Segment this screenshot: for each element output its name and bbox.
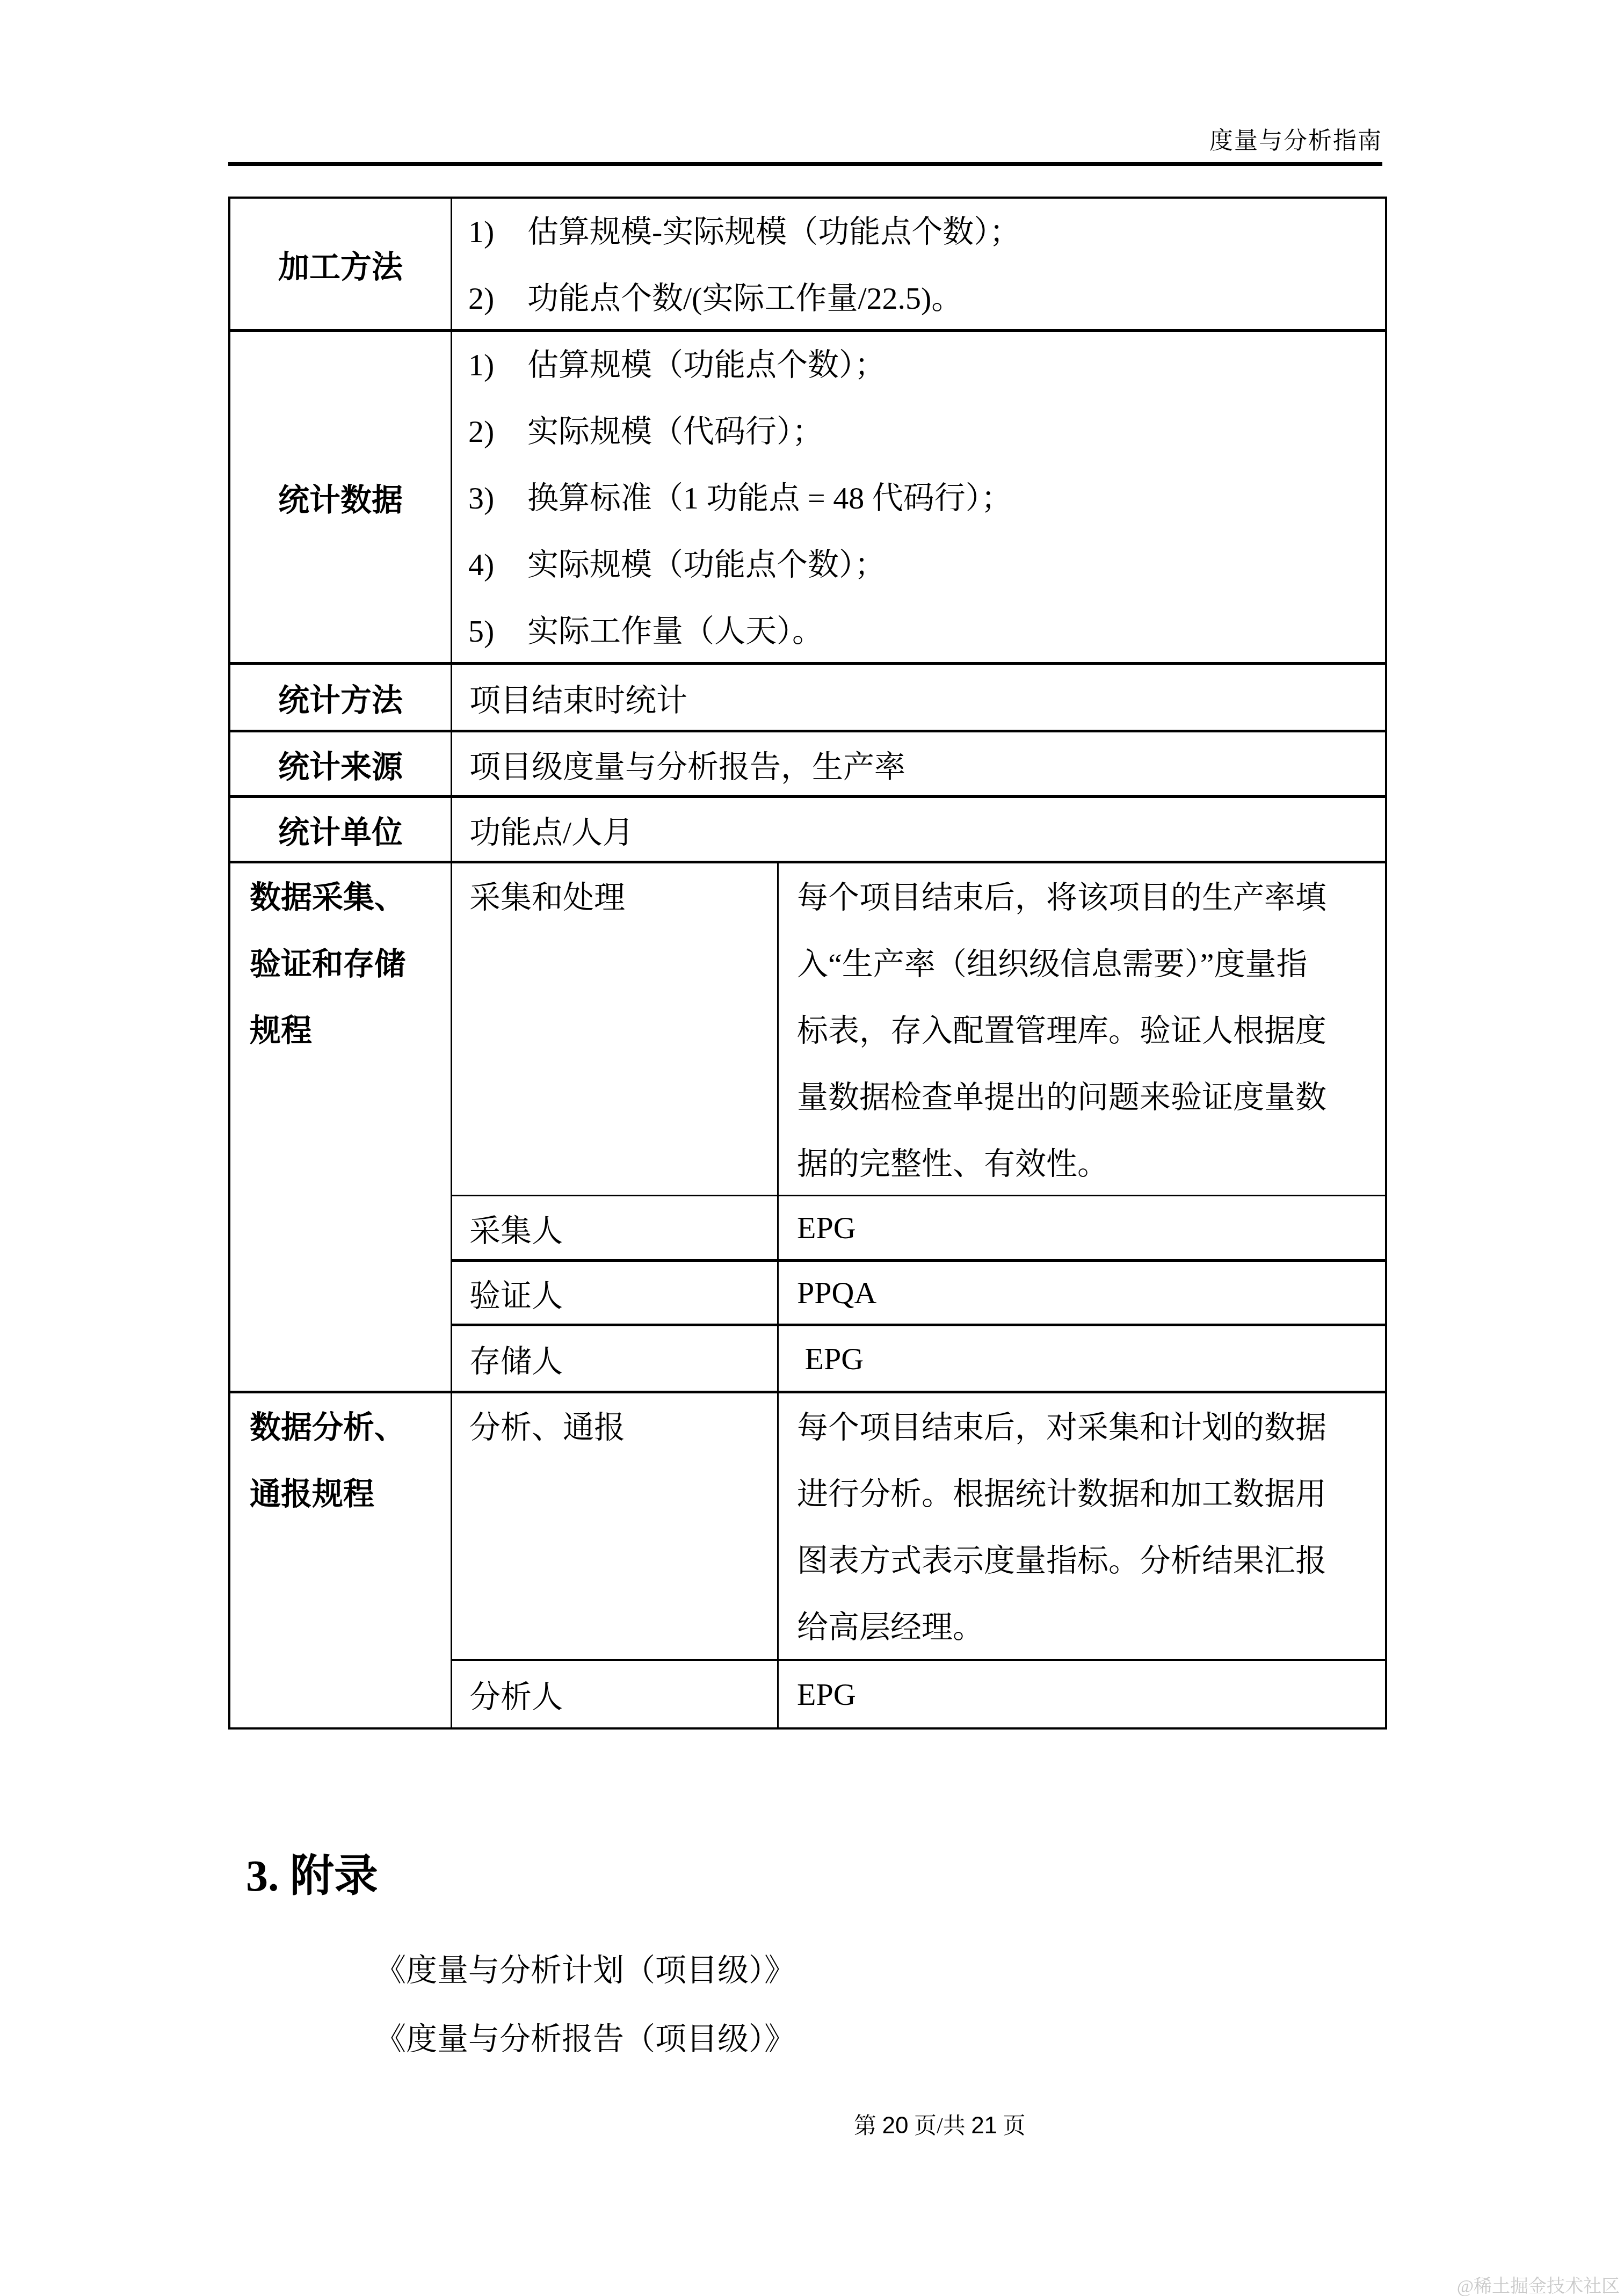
document-page: 度量与分析指南 加工方法 1)估算规模-实际规模（功能点个数）； 2)功能点个数… [0, 0, 1624, 2296]
row-label-statistics-source: 统计来源 [230, 732, 452, 795]
subrow-label-collect-process: 采集和处理 [452, 863, 779, 1195]
row-body: 1)估算规模（功能点个数）； 2)实际规模（代码行）； 3)换算标准（1 功能点… [452, 332, 1385, 662]
footer-suffix: 页 [997, 2114, 1026, 2139]
row-label-statistics-method: 统计方法 [230, 665, 452, 730]
footer-prefix: 第 [854, 2114, 882, 2139]
list-item-text: 实际工作量（人天）。 [527, 598, 823, 665]
list-item-number: 1) [468, 199, 527, 265]
measurement-table: 加工方法 1)估算规模-实际规模（功能点个数）； 2)功能点个数/(实际工作量/… [228, 197, 1387, 1730]
subrow-label-storer: 存储人 [452, 1326, 779, 1391]
page-header-title: 度量与分析指南 [1209, 121, 1382, 156]
table-row-data-collection-procedure: 数据采集、 验证和存储 规程 采集和处理 每个项目结束后，将该项目的生产率填入“… [230, 863, 1385, 1393]
row-body: 分析、通报 每个项目结束后，对采集和计划的数据进行分析。根据统计数据和加工数据用… [452, 1393, 1385, 1727]
list-item-number: 2) [468, 265, 527, 332]
list-item: 5)实际工作量（人天）。 [468, 598, 1385, 665]
table-row-data-analysis-procedure: 数据分析、 通报规程 分析、通报 每个项目结束后，对采集和计划的数据进行分析。根… [230, 1393, 1385, 1727]
list-item-number: 5) [468, 598, 527, 665]
subrow-label-verifier: 验证人 [452, 1262, 779, 1324]
list-item: 2)实际规模（代码行）； [468, 398, 1385, 465]
footer-total-pages: 21 [971, 2112, 997, 2139]
row-body: 项目级度量与分析报告，生产率 [452, 732, 1385, 795]
collector-value: EPG [779, 1196, 1385, 1259]
subrow-label-analyze-report: 分析、通报 [452, 1393, 779, 1659]
subrow-analyze-report: 分析、通报 每个项目结束后，对采集和计划的数据进行分析。根据统计数据和加工数据用… [452, 1393, 1385, 1661]
collect-process-text: 每个项目结束后，将该项目的生产率填入“生产率（组织级信息需要）”度量指标表，存入… [779, 863, 1385, 1195]
list-item-text: 换算标准（1 功能点 = 48 代码行）； [527, 465, 1012, 532]
analyze-report-text: 每个项目结束后，对采集和计划的数据进行分析。根据统计数据和加工数据用图表方式表示… [779, 1393, 1385, 1659]
processing-method-list: 1)估算规模-实际规模（功能点个数）； 2)功能点个数/(实际工作量/22.5)… [452, 199, 1385, 332]
list-item-text: 功能点个数/(实际工作量/22.5)。 [527, 265, 962, 332]
list-item-number: 1) [468, 332, 527, 398]
table-row-statistics-data: 统计数据 1)估算规模（功能点个数）； 2)实际规模（代码行）； 3)换算标准（… [230, 332, 1385, 665]
row-body: 1)估算规模-实际规模（功能点个数）； 2)功能点个数/(实际工作量/22.5)… [452, 199, 1385, 329]
verifier-value: PPQA [779, 1262, 1385, 1324]
statistics-method-value: 项目结束时统计 [452, 665, 1385, 730]
row-body: 采集和处理 每个项目结束后，将该项目的生产率填入“生产率（组织级信息需要）”度量… [452, 863, 1385, 1391]
list-item: 1)估算规模（功能点个数）； [468, 332, 1385, 398]
list-item: 2)功能点个数/(实际工作量/22.5)。 [468, 265, 1385, 332]
row-label-data-collection-procedure: 数据采集、 验证和存储 规程 [230, 863, 452, 1391]
statistics-unit-value: 功能点/人月 [452, 798, 1385, 861]
watermark-text: @稀土掘金技术社区 [1457, 2271, 1620, 2296]
subrow-analyst: 分析人 EPG [452, 1661, 1385, 1727]
subrow-storer: 存储人 EPG [452, 1326, 1385, 1391]
row-label-statistics-unit: 统计单位 [230, 798, 452, 861]
subrow-collect-process: 采集和处理 每个项目结束后，将该项目的生产率填入“生产率（组织级信息需要）”度量… [452, 863, 1385, 1196]
analyst-value: EPG [779, 1661, 1385, 1727]
subrow-collector: 采集人 EPG [452, 1196, 1385, 1262]
list-item: 3)换算标准（1 功能点 = 48 代码行）； [468, 465, 1385, 532]
list-item: 4)实际规模（功能点个数）； [468, 532, 1385, 598]
storer-value: EPG [779, 1326, 1385, 1391]
list-item-text: 估算规模（功能点个数）； [527, 332, 886, 398]
list-item-number: 3) [468, 465, 527, 532]
footer-page-number: 20 [882, 2112, 909, 2139]
row-body: 功能点/人月 [452, 798, 1385, 861]
statistics-source-value: 项目级度量与分析报告，生产率 [452, 732, 1385, 795]
list-item-text: 实际规模（功能点个数）； [527, 532, 886, 598]
table-row-processing-method: 加工方法 1)估算规模-实际规模（功能点个数）； 2)功能点个数/(实际工作量/… [230, 199, 1385, 332]
list-item: 1)估算规模-实际规模（功能点个数）； [468, 199, 1385, 265]
appendix-reference-plan: 《度量与分析计划（项目级）》 [375, 1945, 795, 1990]
footer-middle: 页/共 [908, 2114, 971, 2139]
appendix-heading: 3. 附录 [246, 1841, 378, 1903]
row-label-statistics-data: 统计数据 [230, 332, 452, 662]
row-label-processing-method: 加工方法 [230, 199, 452, 329]
table-row-statistics-method: 统计方法 项目结束时统计 [230, 665, 1385, 732]
list-item-text: 估算规模-实际规模（功能点个数）； [527, 199, 1020, 265]
table-row-statistics-source: 统计来源 项目级度量与分析报告，生产率 [230, 732, 1385, 798]
header-rule [228, 162, 1382, 166]
list-item-number: 4) [468, 532, 527, 598]
statistics-data-list: 1)估算规模（功能点个数）； 2)实际规模（代码行）； 3)换算标准（1 功能点… [452, 332, 1385, 665]
table-row-statistics-unit: 统计单位 功能点/人月 [230, 798, 1385, 863]
appendix-reference-report: 《度量与分析报告（项目级）》 [375, 2014, 795, 2059]
subrow-label-analyst: 分析人 [452, 1661, 779, 1727]
subrow-verifier: 验证人 PPQA [452, 1262, 1385, 1326]
row-label-data-analysis-procedure: 数据分析、 通报规程 [230, 1393, 452, 1727]
list-item-text: 实际规模（代码行）； [527, 398, 823, 465]
row-body: 项目结束时统计 [452, 665, 1385, 730]
subrow-label-collector: 采集人 [452, 1196, 779, 1259]
list-item-number: 2) [468, 398, 527, 465]
page-footer: 第 20 页/共 21 页 [854, 2108, 1026, 2140]
